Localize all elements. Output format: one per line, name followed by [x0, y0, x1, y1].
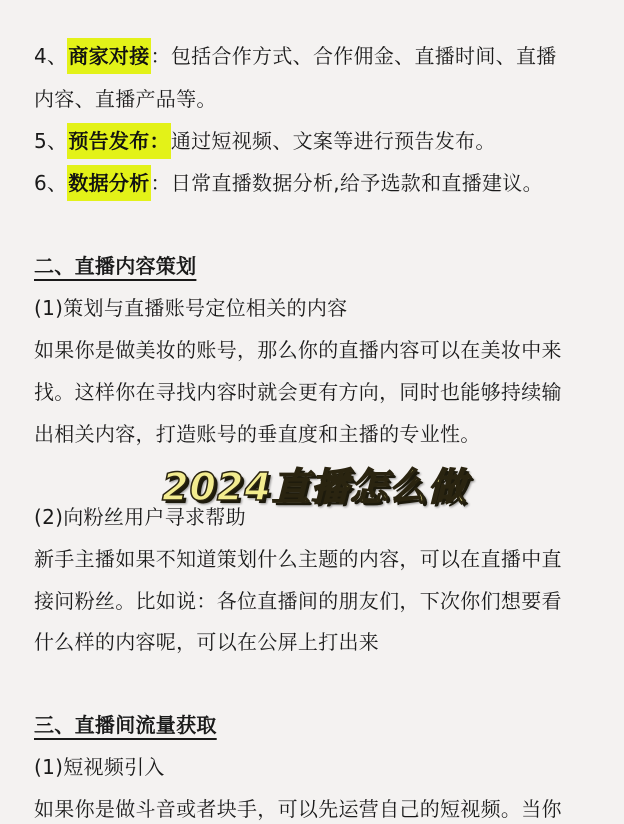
section-heading-3: 三、直播间流量获取	[34, 710, 217, 740]
list-number: 4、	[34, 44, 67, 68]
highlighted-term: 商家对接	[67, 38, 150, 74]
overlay-title-banner: 2024直播怎么做	[162, 456, 467, 511]
list-number: 5、	[34, 129, 67, 153]
subsection-title: (1)策划与直播账号定位相关的内容	[34, 293, 347, 323]
subsection-title: (1)短视频引入	[34, 752, 165, 782]
paragraph-line: 如果你是做美妆的账号，那么你的直播内容可以在美妆中来	[34, 335, 562, 365]
list-text: 包括合作方式、合作佣金、直播时间、直播	[171, 44, 557, 68]
list-item-4: 4、商家对接：包括合作方式、合作佣金、直播时间、直播	[34, 41, 557, 71]
list-number: 6、	[34, 171, 67, 195]
separator: ：	[151, 44, 171, 68]
paragraph-line: 接问粉丝。比如说：各位直播间的朋友们，下次你们想要看	[34, 586, 562, 616]
list-item-6: 6、数据分析：日常直播数据分析,给予选款和直播建议。	[34, 168, 543, 198]
paragraph-line: 找。这样你在寻找内容时就会更有方向，同时也能够持续输	[34, 377, 562, 407]
paragraph-line: 出相关内容，打造账号的垂直度和主播的专业性。	[34, 419, 481, 449]
list-text: 通过短视频、文案等进行预告发布。	[171, 129, 496, 153]
highlighted-term: 数据分析	[67, 165, 150, 201]
paragraph-line: 如果你是做斗音或者块手，可以先运营自己的短视频。当你	[34, 794, 562, 824]
list-item-5: 5、预告发布：通过短视频、文案等进行预告发布。	[34, 126, 496, 156]
separator: ：	[151, 171, 171, 195]
list-item-4-continuation: 内容、直播产品等。	[34, 84, 217, 114]
paragraph-line: 新手主播如果不知道策划什么主题的内容，可以在直播中直	[34, 544, 562, 574]
section-heading-2: 二、直播内容策划	[34, 251, 196, 281]
highlighted-term: 预告发布：	[67, 123, 171, 159]
paragraph-line: 什么样的内容呢，可以在公屏上打出来	[34, 627, 379, 657]
list-text: 日常直播数据分析,给予选款和直播建议。	[171, 171, 543, 195]
